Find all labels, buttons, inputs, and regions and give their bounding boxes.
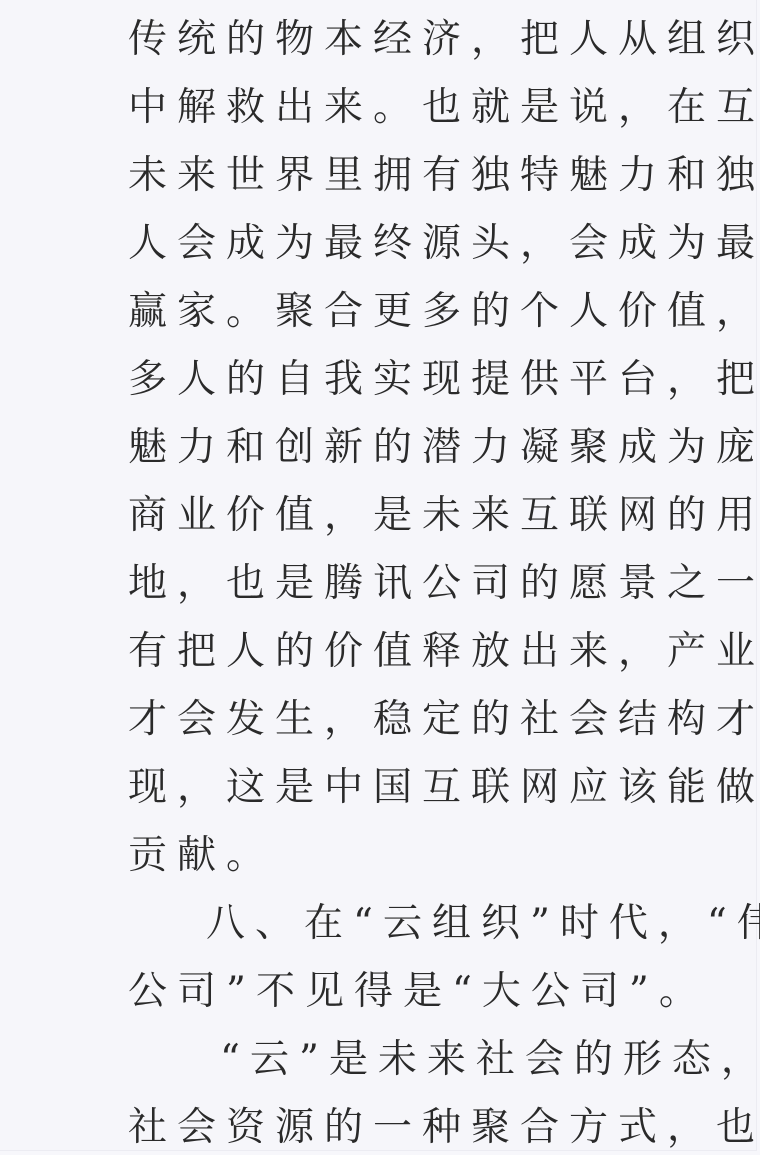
text-line: 多人的自我实现提供平台，把个性 bbox=[128, 346, 718, 414]
text-line: 商业价值，是未来互联网的用武之 bbox=[128, 482, 718, 550]
section-heading: 八、在“云组织”时代，“伟 bbox=[128, 890, 718, 958]
text-line: 现，这是中国互联网应该能做出的 bbox=[128, 754, 718, 822]
text-line: 传统的物本经济，把人从组织束缚 bbox=[128, 6, 718, 74]
text-line: 魅力和创新的潜力凝聚成为庞大的 bbox=[128, 414, 718, 482]
text-line: 中解救出来。也就是说，在互联网 bbox=[128, 74, 718, 142]
text-line: 贡献。 bbox=[128, 822, 718, 890]
text-line: 才会发生，稳定的社会结构才会出 bbox=[128, 686, 718, 754]
section-heading-continued: 公司”不见得是“大公司”。 bbox=[128, 958, 718, 1026]
body-text: 传统的物本经济，把人从组织束缚 中解救出来。也就是说，在互联网 未来世界里拥有独… bbox=[128, 6, 718, 1155]
text-line: 未来世界里拥有独特魅力和独立的 bbox=[128, 142, 718, 210]
document-page: 传统的物本经济，把人从组织束缚 中解救出来。也就是说，在互联网 未来世界里拥有独… bbox=[0, 0, 757, 1151]
text-line: 人会成为最终源头，会成为最终的 bbox=[128, 210, 718, 278]
text-line: 赢家。聚合更多的个人价值，为更 bbox=[128, 278, 718, 346]
text-line: 有把人的价值释放出来，产业升级 bbox=[128, 618, 718, 686]
paragraph-start: “云”是未来社会的形态，是 bbox=[128, 1026, 718, 1094]
text-line: 地，也是腾讯公司的愿景之一。只 bbox=[128, 550, 718, 618]
text-line: 社会资源的一种聚合方式，也就是 bbox=[128, 1094, 718, 1155]
